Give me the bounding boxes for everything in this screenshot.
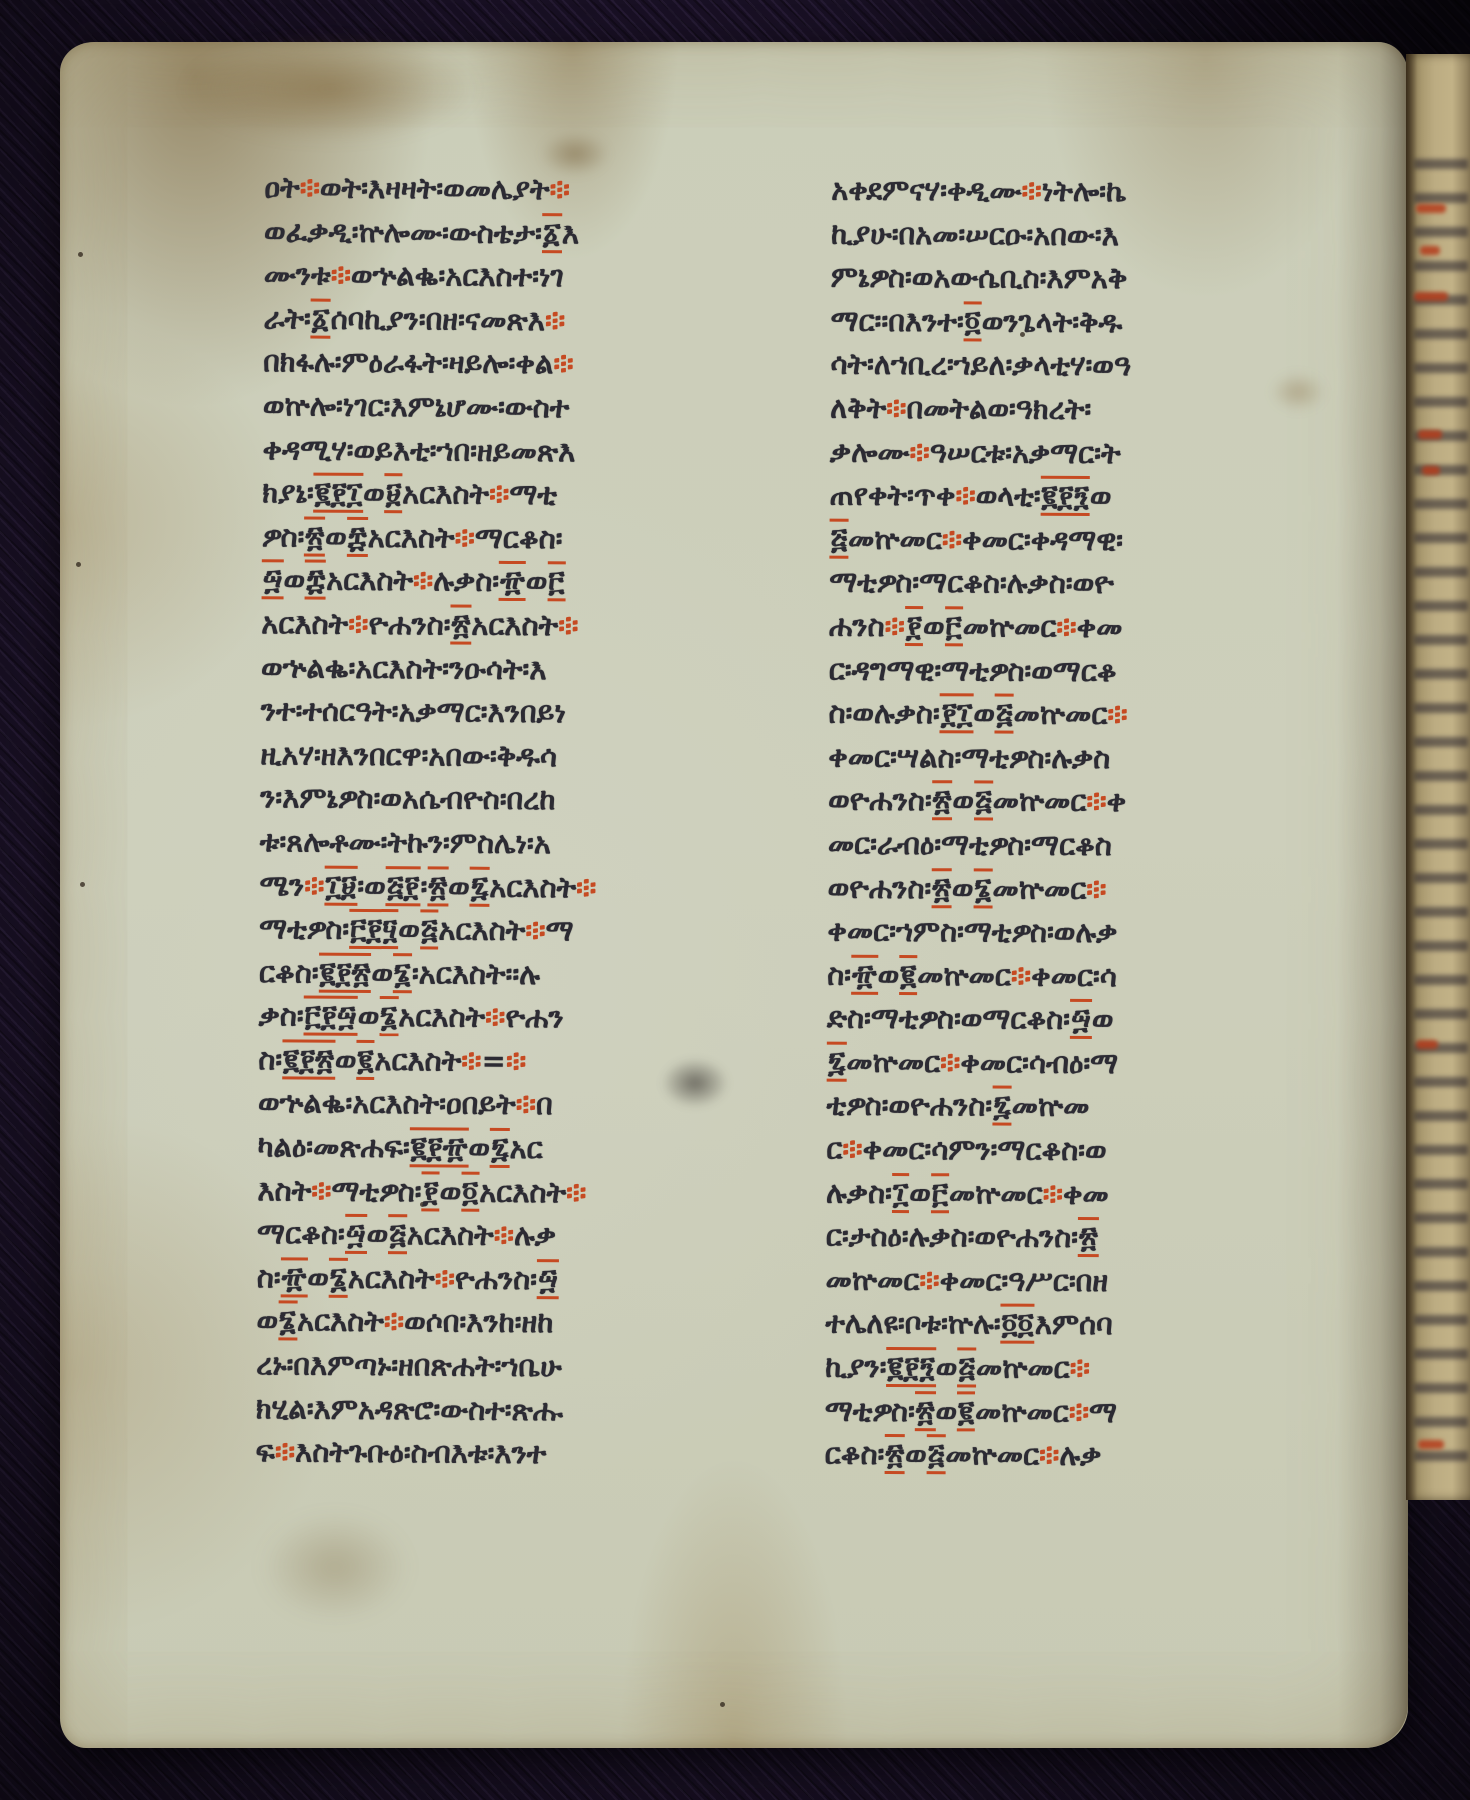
edge-rubric-mark — [1414, 292, 1448, 301]
text-line: አርእስት፨ዮሐንስ፡፳አርእስት፨ — [261, 602, 773, 649]
text-line: ስ፡፹ወ፮አርእስት፨ዮሐንስ፡፵ — [257, 1256, 769, 1303]
text-line: ስ፡ወሉቃስ፡፻፲ወ፭መኵመር፨ — [828, 692, 1340, 738]
text-line: ወኵሎ፡ነገር፡እምኔሆሙ፡ውስተ — [263, 384, 775, 431]
text-line: ቃስ፡፫፻፵ወ፮አርእስት፨ዮሐን — [258, 994, 770, 1041]
edge-rubric-mark — [1418, 1440, 1444, 1449]
text-line: ርቆስ፡፪፻፳ወ፮፡አርእስት፡፡ሉ — [259, 951, 771, 998]
text-line: ዚአሃ፡ዘእንበርዋ፡አበው፡ቅዱሳ — [260, 733, 772, 780]
text-line: ፯መኵመር፨ቀመር፡ሳብዕ፡ማ — [827, 1041, 1339, 1087]
text-column-right: አቀደምናሃ፡ቀዲሙ፨ነትሎ፡ኬኪያሁ፡በአመ፡ሠርዑ፡አበው፡እምኔዎስ፡ወአ… — [825, 169, 1344, 1479]
text-line: ወዮሐንስ፡፳ወ፮መኵመር፨ — [828, 866, 1340, 912]
text-column-left: ዐት፨ወት፡እዛዛት፡ወመሌያት፨ወፈቃዲ፡ኵሎሙ፡ውስቴታ፡፩እሙንቱ፨ወኍል… — [255, 166, 776, 1477]
text-line: ማቲዎስ፡ማርቆስ፡ሉቃስ፡ወዮ — [829, 561, 1341, 607]
text-line: መኵመር፨ቀመር፡ዓሥር፡በዘ — [825, 1258, 1337, 1304]
text-line: ንተ፡ተሰርዓት፡አቃማር፡እንበይነ — [261, 689, 773, 736]
text-line: ስ፡፪፻፳ወ፪አርእስት፨=፨ — [258, 1038, 770, 1085]
stain — [180, 34, 480, 144]
text-line: ዐት፨ወት፡እዛዛት፡ወመሌያት፨ — [264, 166, 776, 213]
text-line: ቱ፡ጸሎቶሙ፡ትኩን፡ምስሌነ፡አ — [260, 820, 772, 867]
edge-rubric-mark — [1422, 466, 1440, 475]
text-line: ቲዎስ፡ወዮሐንስ፡፯መኵመ — [826, 1084, 1338, 1130]
text-line: ምኔዎስ፡ወአውሴቢስ፡እምአቅ — [831, 256, 1343, 302]
text-line: ፭መኵመር፨ቀመር፡ቀዳማዊ፡ — [829, 517, 1341, 563]
text-line: ስ፡፹ወ፪መኵመር፨ቀመር፡ሳ — [827, 953, 1339, 999]
text-line: ሜን፨፲፱፡ወ፭፻፡፳ወ፯አርእስት፨ — [259, 864, 771, 911]
text-line: ለቅት፨በመትልወ፡ዓክረት፡ — [830, 387, 1342, 433]
text-line: ክሂል፡እምአዳጽሮ፡ውስተ፡ጽሑ — [256, 1387, 768, 1434]
text-line: ወ፮አርእስት፨ወሶበ፡እንከ፡ዘከ — [256, 1300, 768, 1347]
text-line: ቀመር፡ሣልስ፡ማቲዎስ፡ሉቃስ — [828, 735, 1340, 781]
text-line: ማርቆስ፡፵ወ፭አርእስት፨ሉቃ — [257, 1212, 769, 1259]
text-line: ክያኔ፡፪፻፲ወ፱አርእስት፨ማቲ — [262, 471, 774, 518]
text-line: ቀመር፡ኀምስ፡ማቲዎስ፡ወሉቃ — [827, 910, 1339, 956]
text-line: ሐንስ፨፻ወ፫መኵመር፨ቀመ — [829, 605, 1341, 651]
edge-rubric-mark — [1418, 430, 1442, 439]
text-line: ፵ወ፰አርእስት፨ሉቃስ፡፹ወ፫ — [262, 559, 774, 606]
pinhole — [78, 252, 83, 257]
text-line: ማር፡፡በእንተ፡፬ወንጌላት፡ቅዱ — [831, 299, 1343, 345]
text-line: ር፨ቀመር፡ሳምን፡ማርቆስ፡ወ — [826, 1128, 1338, 1174]
pinhole — [80, 882, 85, 887]
fore-edge-facing-leaf — [1406, 54, 1470, 1500]
text-line: ቃሎሙ፨ዓሠርቱ፡አቃማር፡ት — [830, 430, 1342, 476]
text-line: ቀዳሚሃ፡ወይእቲ፡ኀበ፡ዘይመጽእ — [262, 428, 774, 475]
speck — [720, 1702, 725, 1707]
text-line: ሙንቱ፨ወኍልቈ፡አርእስተ፡ነገ — [264, 253, 776, 300]
pinhole — [76, 562, 81, 567]
text-line: ን፡እምኔዎስ፡ወአሴብዮስ፡በረከ — [260, 777, 772, 824]
text-line: ጠየቀት፡ጥቀ፨ወላቲ፡፪፻፺ወ — [830, 474, 1342, 520]
photo-background-cloth: ዐት፨ወት፡እዛዛት፡ወመሌያት፨ወፈቃዲ፡ኵሎሙ፡ውስቴታ፡፩እሙንቱ፨ወኍል… — [0, 0, 1470, 1800]
edge-rubric-mark — [1416, 1040, 1438, 1049]
text-line: ርቆስ፡፳ወ፭መኵመር፨ሉቃ — [825, 1433, 1337, 1479]
text-line: ፍ፨እስትጉቡዕ፡ስብእቱ፡እንተ — [255, 1430, 767, 1477]
stain — [260, 1512, 410, 1622]
text-line: ኪያሁ፡በአመ፡ሠርዑ፡አበው፡እ — [831, 212, 1343, 258]
text-line: ወኍልቈ፡አርእስት፡ዐበይት፨በ — [258, 1082, 770, 1129]
text-line: ተሌለዩ፡ቦቱ፡ኵሉ፡፬፬እምሰባ — [825, 1302, 1337, 1348]
blurred-edge-text — [1414, 152, 1468, 1484]
text-line: ድስ፡ማቲዎስ፡ወማርቆስ፡፵ወ — [827, 997, 1339, 1043]
edge-rubric-mark — [1416, 204, 1446, 213]
text-line: ራት፡፩ሰባኪያን፡በዘ፡ናመጽእ፨ — [263, 297, 775, 344]
text-line: አቀደምናሃ፡ቀዲሙ፨ነትሎ፡ኬ — [831, 169, 1343, 215]
text-line: ዎስ፡፳ወ፰አርእስት፨ማርቆስ፡ — [262, 515, 774, 562]
text-line: ማቲዎስ፡፫፻፶ወ፭አርእስት፨ማ — [259, 907, 771, 954]
manuscript-page: ዐት፨ወት፡እዛዛት፡ወመሌያት፨ወፈቃዲ፡ኵሎሙ፡ውስቴታ፡፩እሙንቱ፨ወኍል… — [60, 42, 1408, 1748]
text-line: ሳት፡ለኀቢረ፡ኀይለ፡ቃላቲሃ፡ወዓ — [830, 343, 1342, 389]
text-line: ወዮሐንስ፡፳ወ፭መኵመር፨ቀ — [828, 779, 1340, 825]
text-line: እስት፨ማቲዎስ፡፻ወ፬አርእስት፨ — [257, 1169, 769, 1216]
text-line: በክፋሉ፡ምዕራፋት፡ዛይሎ፡ቀል፨ — [263, 341, 775, 388]
text-line: ወኍልቈ፡አርእስት፡ንዑሳት፡እ — [261, 646, 773, 693]
text-line: ር፡ዳግማዊ፡ማቲዎስ፡ወማርቆ — [829, 648, 1341, 694]
text-line: ሉቃስ፡፲ወ፫መኵመር፨ቀመ — [826, 1171, 1338, 1217]
text-line: መር፡ራብዕ፡ማቲዎስ፡ማርቆስ — [828, 823, 1340, 869]
text-line: ር፡ታስዕ፡ሉቃስ፡ወዮሐንስ፡፳ — [826, 1215, 1338, 1261]
text-line: ረኑ፡በእምጣኑ፡ዘበጽሐት፡ኀቤሁ — [256, 1343, 768, 1390]
text-line: ወፈቃዲ፡ኵሎሙ፡ውስቴታ፡፩እ — [264, 210, 776, 257]
edge-rubric-mark — [1420, 246, 1440, 255]
text-line: ኪያን፡፪፻፺ወ፭መኵመር፨ — [825, 1346, 1337, 1392]
text-line: ካልዕ፡መጽሐፍ፡፪፻፹ወ፯አር — [258, 1125, 770, 1172]
text-line: ማቲዎስ፡፳ወ፪መኵመር፨ማ — [825, 1389, 1337, 1435]
